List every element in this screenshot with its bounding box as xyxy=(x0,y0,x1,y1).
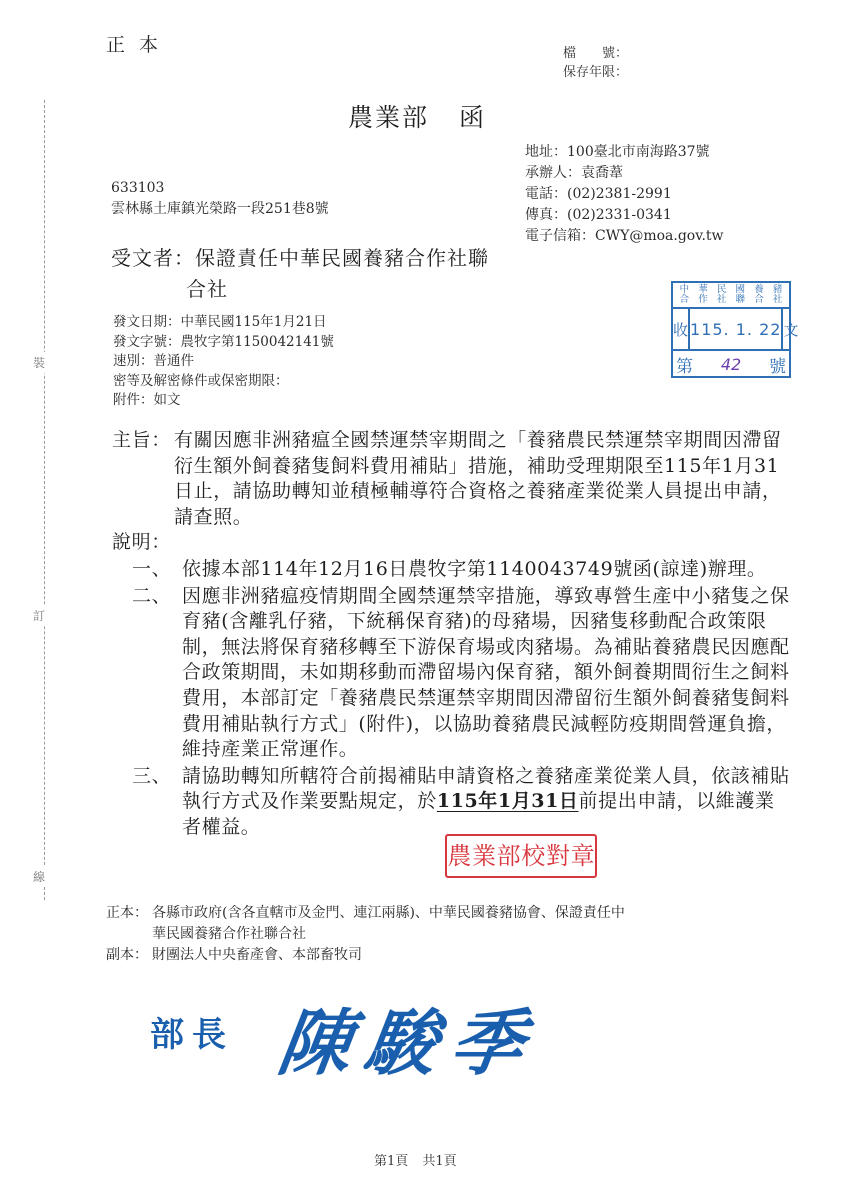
sender-email: 電子信箱：CWY@moa.gov.tw xyxy=(525,226,724,247)
stamp-doc-label: 文 xyxy=(783,309,798,349)
item-text: 請協助轉知所轄符合前揭補貼申請資格之養豬產業從業人員，依該補貼執行方式及作業要點… xyxy=(182,764,792,841)
file-meta: 檔 號： 保存年限： xyxy=(563,44,628,82)
deadline-highlight: 115年1月31日 xyxy=(437,790,579,812)
binding-mark-ding: 訂 xyxy=(33,605,45,626)
stamp-org-char: 養合 xyxy=(751,285,767,305)
binding-line xyxy=(44,100,45,900)
item-number: 二、 xyxy=(112,584,182,763)
page-info: 第1頁 共1頁 xyxy=(374,1150,457,1169)
binding-mark-xian: 線 xyxy=(33,866,45,887)
seal-char: 章 xyxy=(571,844,595,868)
item-text: 因應非洲豬瘟疫情期間全國禁運禁宰措施，導致專營生產中小豬隻之保育豬(含離乳仔豬，… xyxy=(182,584,792,763)
priority: 速別：普通件 xyxy=(113,352,334,372)
stamp-org: 中合 華作 民社 國聯 養合 豬社 xyxy=(673,283,789,309)
sender-fax: 傳真：(02)2331-0341 xyxy=(525,205,724,226)
document-meta: 發文日期：中華民國115年1月21日 發文字號：農牧字第1150042141號 … xyxy=(113,313,334,411)
classification: 密等及解密條件或保密期限： xyxy=(113,372,334,392)
issue-date: 發文日期：中華民國115年1月21日 xyxy=(113,313,334,333)
sender-info: 地址：100臺北市南海路37號 承辦人：袁喬葦 電話：(02)2381-2991… xyxy=(525,142,724,247)
explanation-item: 一、 依據本部114年12月16日農牧字第1140043749號函(諒達)辦理。 xyxy=(112,557,792,583)
explanation-item: 二、 因應非洲豬瘟疫情期間全國禁運禁宰措施，導致專營生產中小豬隻之保育豬(含離乳… xyxy=(112,584,792,763)
recipient: 受文者：保證責任中華民國養豬合作社聯 合社 xyxy=(111,243,489,305)
agency-name: 農業部 xyxy=(348,103,429,132)
seal-char: 業 xyxy=(472,844,496,868)
recipient-name: 保證責任中華民國養豬合作社聯 xyxy=(195,246,489,270)
primary-recipients-label: 正本： xyxy=(106,903,152,924)
document-number: 發文字號：農牧字第1150042141號 xyxy=(113,333,334,353)
distribution: 正本： 各縣市政府(含各直轄市及金門、連江兩縣)、中華民國養豬協會、保證責任中 … xyxy=(106,903,625,966)
stamp-org-char: 中合 xyxy=(676,285,692,305)
stamp-org-char: 國聯 xyxy=(732,285,748,305)
stamp-org-char: 民社 xyxy=(714,285,730,305)
explanation-label: 說明： xyxy=(112,530,792,556)
copy-recipients: 財團法人中央畜產會、本部畜牧司 xyxy=(152,945,362,966)
document-type: 函 xyxy=(459,103,486,132)
document-body: 主旨： 有關因應非洲豬瘟全國禁運禁宰期間之「養豬農民禁運禁宰期間因滯留衍生額外飼… xyxy=(112,428,792,841)
stamp-number-prefix: 第 xyxy=(676,352,693,377)
item-text: 依據本部114年12月16日農牧字第1140043749號函(諒達)辦理。 xyxy=(182,557,792,583)
signatory-name: 陳駿季 xyxy=(273,985,546,1089)
sender-phone: 電話：(02)2381-2991 xyxy=(525,184,724,205)
seal-char: 校 xyxy=(521,844,545,868)
explanation-item: 三、 請協助轉知所轄符合前揭補貼申請資格之養豬產業從業人員，依該補貼執行方式及作… xyxy=(112,764,792,841)
item-number: 三、 xyxy=(112,764,182,841)
copy-type-label: 正本 xyxy=(106,30,172,57)
receipt-stamp: 中合 華作 民社 國聯 養合 豬社 收 115. 1. 22 文 第 42 號 xyxy=(671,281,791,378)
item-number: 一、 xyxy=(112,557,182,583)
seal-char: 部 xyxy=(497,844,521,868)
stamp-receive-date: 115. 1. 22 xyxy=(688,309,783,349)
sender-address: 地址：100臺北市南海路37號 xyxy=(525,142,724,163)
document-title: 農業部函 xyxy=(348,98,486,134)
recipient-label: 受文者： xyxy=(111,246,195,270)
signatory-title: 部長 xyxy=(150,1007,234,1056)
binding-mark-zhuang: 裝 xyxy=(33,352,45,373)
postal-code: 633103 xyxy=(111,178,329,199)
stamp-receipt-number: 42 xyxy=(721,355,741,374)
subject-text: 有關因應非洲豬瘟全國禁運禁宰期間之「養豬農民禁運禁宰期間因滯留衍生額外飼養豬隻飼… xyxy=(174,428,792,530)
contact-person: 承辦人：袁喬葦 xyxy=(525,163,724,184)
stamp-org-char: 華作 xyxy=(695,285,711,305)
street-address: 雲林縣土庫鎮光榮路一段251巷8號 xyxy=(111,199,329,220)
file-number-label: 檔 號： xyxy=(563,44,628,63)
subject: 主旨： 有關因應非洲豬瘟全國禁運禁宰期間之「養豬農民禁運禁宰期間因滯留衍生額外飼… xyxy=(112,428,792,530)
subject-label: 主旨： xyxy=(112,428,174,530)
seal-char: 對 xyxy=(546,844,570,868)
retention-period-label: 保存年限： xyxy=(563,63,628,82)
copy-recipients-label: 副本： xyxy=(106,945,152,966)
stamp-number-suffix: 號 xyxy=(769,352,786,377)
stamp-org-char: 豬社 xyxy=(770,285,786,305)
recipient-name-cont: 合社 xyxy=(111,274,489,305)
recipient-address: 633103 雲林縣土庫鎮光榮路一段251巷8號 xyxy=(111,178,329,220)
primary-recipients: 各縣市政府(含各直轄市及金門、連江兩縣)、中華民國養豬協會、保證責任中 xyxy=(152,903,625,924)
attachment: 附件：如文 xyxy=(113,391,334,411)
primary-recipients-cont: 華民國養豬合作社聯合社 xyxy=(106,924,625,945)
stamp-receive-label: 收 xyxy=(673,309,688,349)
official-seal: 農 業 部 校 對 章 xyxy=(445,834,597,878)
seal-char: 農 xyxy=(447,844,471,868)
